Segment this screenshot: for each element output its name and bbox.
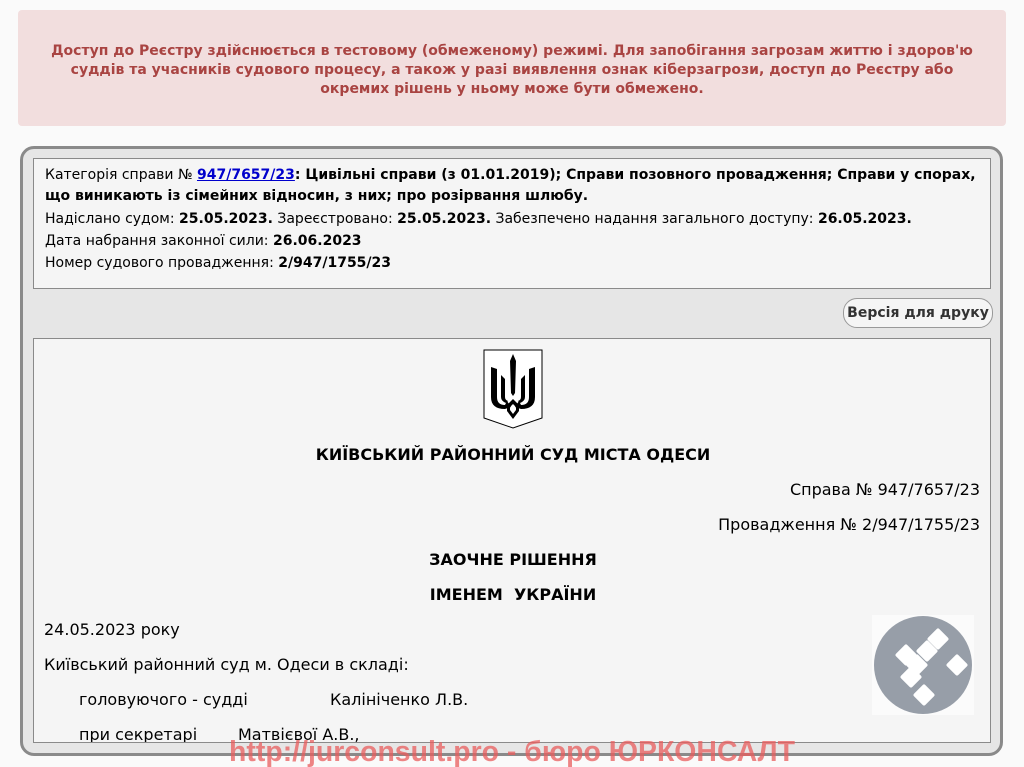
decision-date: 24.05.2023 року [44, 620, 180, 639]
case-category: Категорія справи № 947/7657/23: Цивільні… [45, 165, 979, 207]
decision-title: ЗАОЧНЕ РІШЕННЯ [34, 550, 991, 569]
proceeding-number-doc: Провадження № 2/947/1755/23 [718, 515, 980, 534]
judge-name: Калініченко Л.В. [330, 690, 468, 709]
watermark-text: http://jurconsult.pro - бюро ЮРКОНСАЛТ [10, 736, 1014, 767]
proceeding-number: Номер судового провадження: 2/947/1755/2… [45, 252, 979, 274]
court-composition: Київський районний суд м. Одеси в складі… [44, 655, 409, 674]
registry-access-alert: Доступ до Реєстру здійснюється в тестово… [18, 10, 1006, 126]
puzzle-logo-icon[interactable] [872, 615, 974, 715]
case-dates: Надіслано судом: 25.05.2023. Зареєстрова… [45, 208, 979, 230]
decision-subtitle: ІМЕНЕМ УКРАЇНИ [34, 585, 991, 604]
decision-document: КИЇВСЬКИЙ РАЙОННИЙ СУД МІСТА ОДЕСИ Справ… [33, 338, 991, 743]
floating-badge[interactable] [872, 615, 974, 715]
effective-date: Дата набрання законної сили: 26.06.2023 [45, 230, 979, 252]
court-name: КИЇВСЬКИЙ РАЙОННИЙ СУД МІСТА ОДЕСИ [34, 445, 991, 464]
decision-container: Категорія справи № 947/7657/23: Цивільні… [20, 146, 1003, 756]
alert-text: Доступ до Реєстру здійснюється в тестово… [51, 43, 973, 97]
case-number: Справа № 947/7657/23 [790, 480, 980, 499]
ukraine-trident-emblem-icon [483, 349, 543, 429]
case-info-panel: Категорія справи № 947/7657/23: Цивільні… [33, 158, 991, 289]
judge-role: головуючого - судді [79, 690, 248, 709]
case-number-link[interactable]: 947/7657/23 [197, 167, 295, 183]
print-version-button[interactable]: Версія для друку [843, 298, 993, 328]
